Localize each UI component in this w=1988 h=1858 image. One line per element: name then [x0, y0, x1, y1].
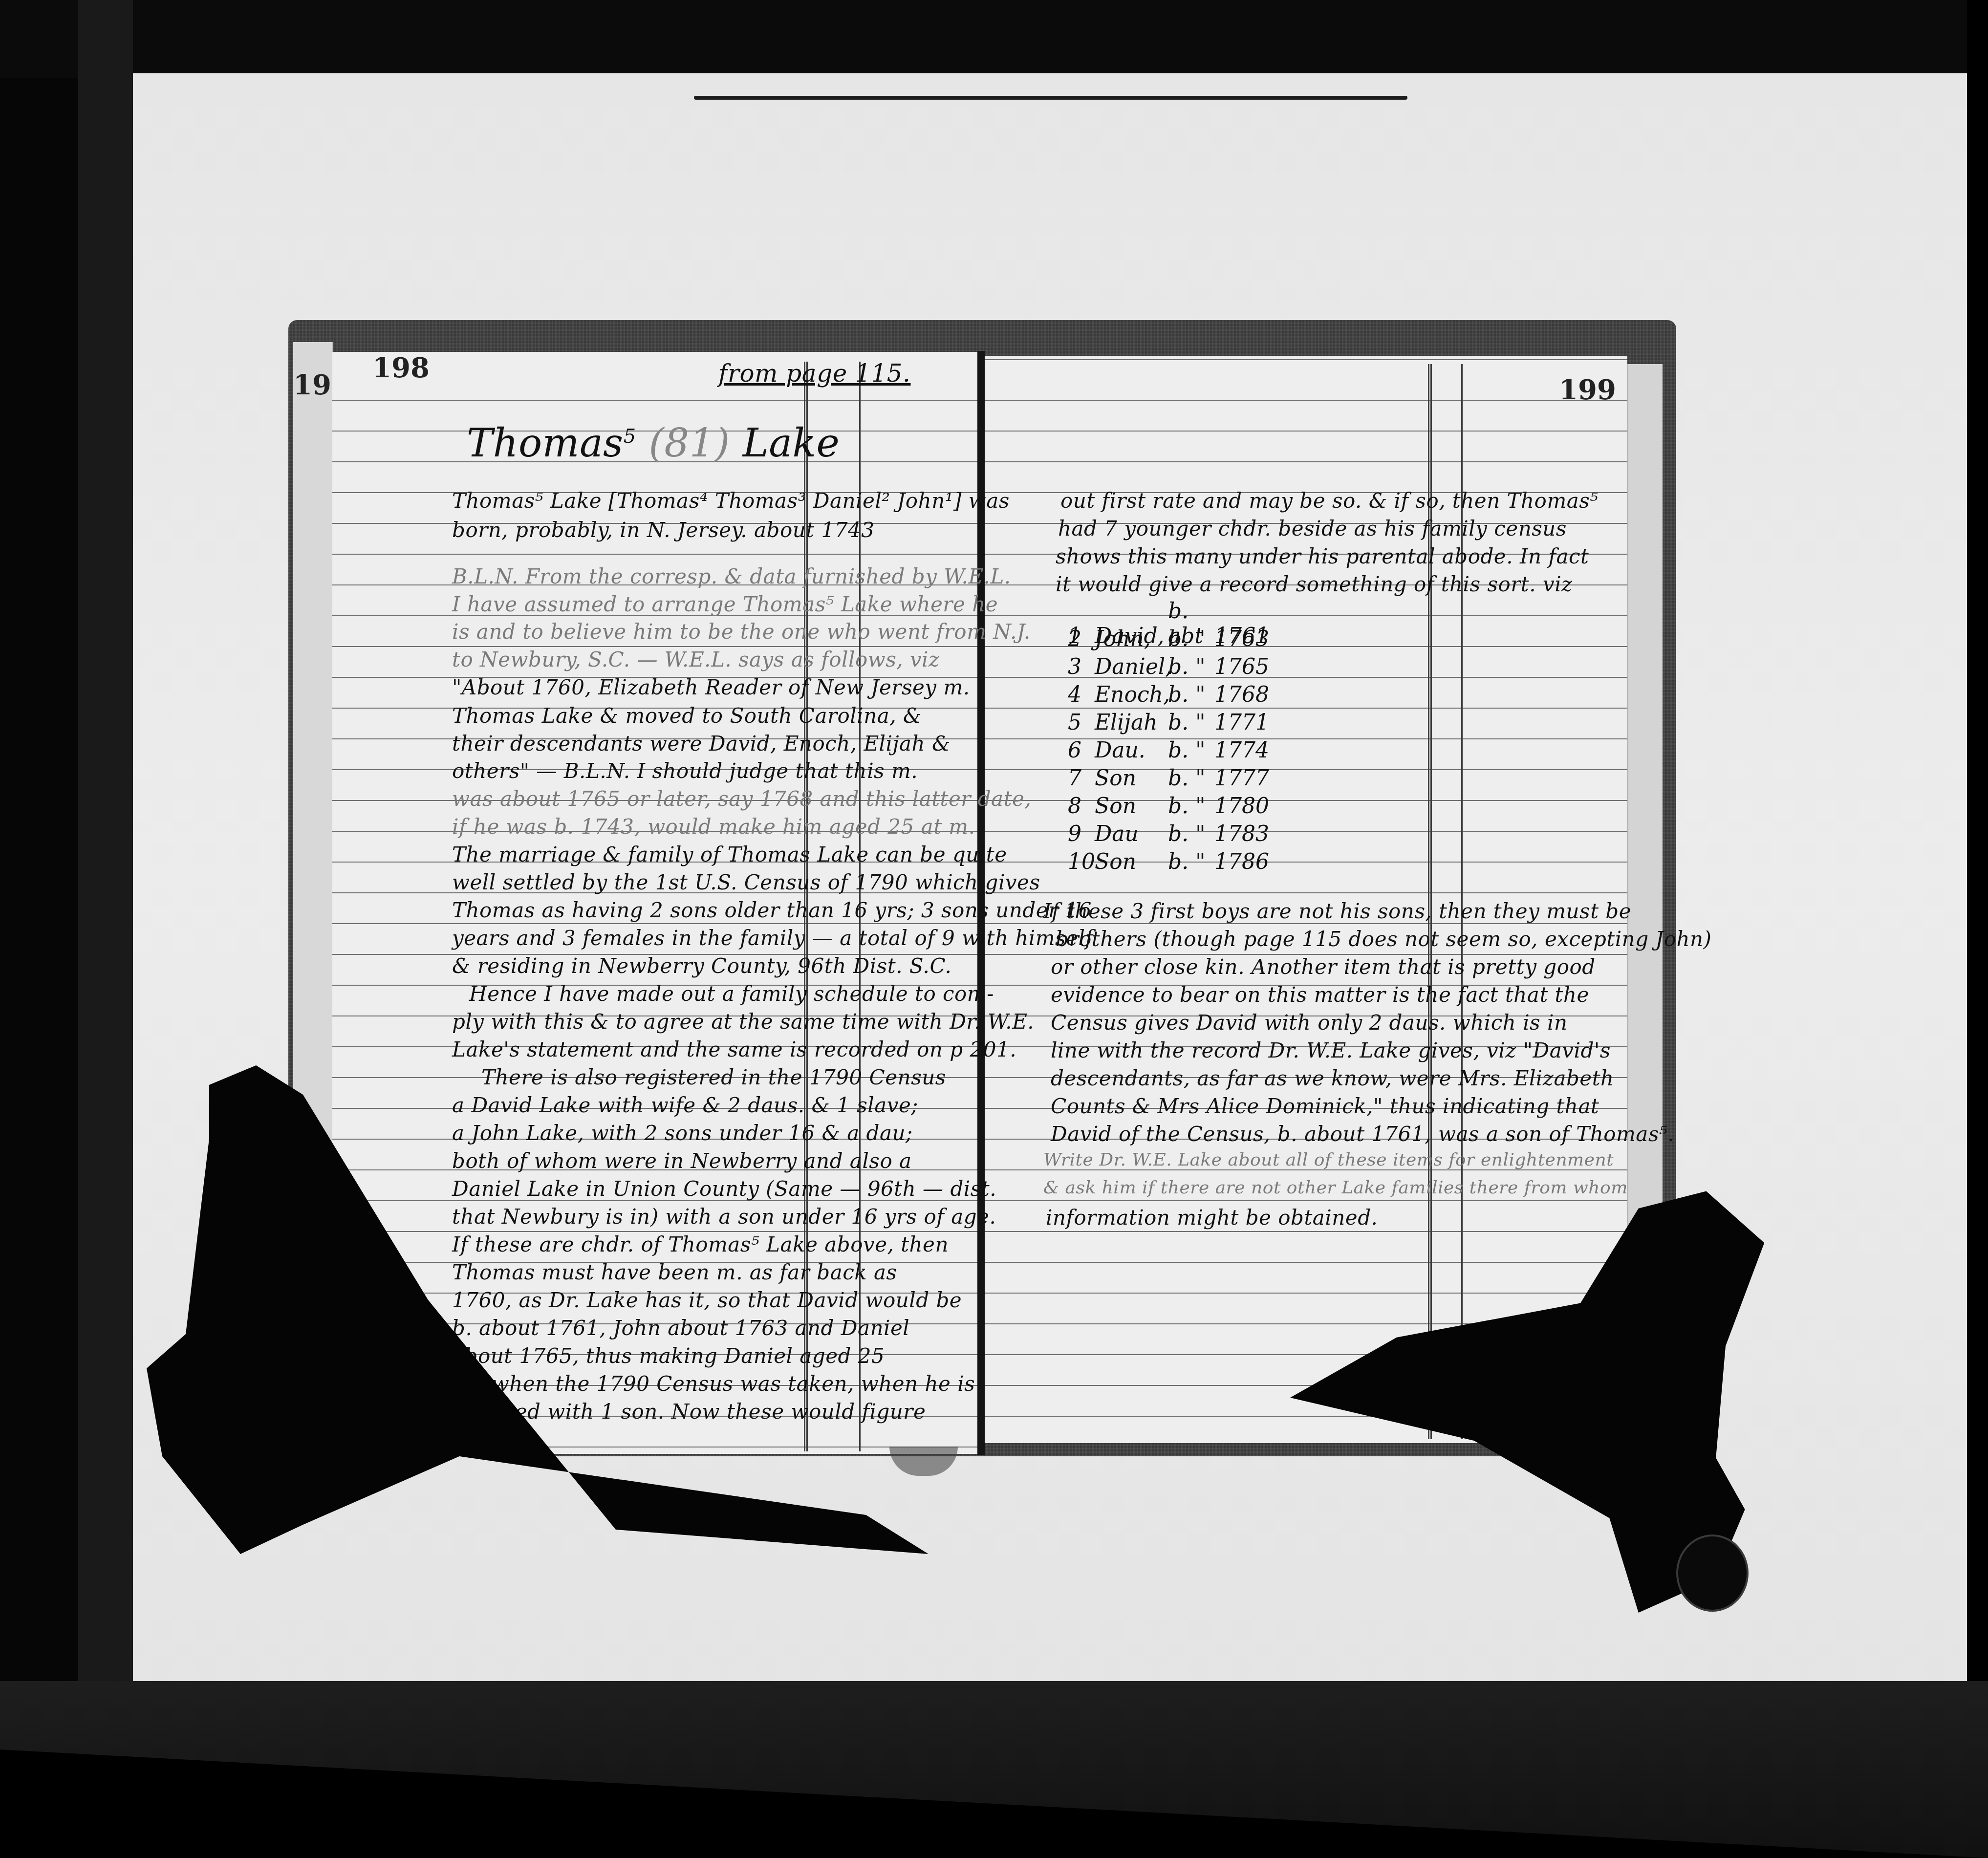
film-border-top: [0, 0, 1988, 78]
child-row: 7Sonb. "1777: [1068, 766, 1269, 791]
text-line: shows this many under his parental abode…: [1056, 544, 1589, 568]
text-line: their descendants were David, Enoch, Eli…: [452, 732, 951, 756]
text-line: b. about 1761, John about 1763 and Danie…: [452, 1316, 909, 1340]
text-line: line with the record Dr. W.E. Lake gives…: [1051, 1038, 1611, 1062]
child-row: 5Elijahb. "1771: [1068, 710, 1269, 735]
frame-rule-top: [694, 96, 1407, 100]
heading-first-name: Thomas: [467, 420, 624, 466]
heading-ref-number: (81): [649, 420, 730, 466]
child-row: 6Dau.b. "1774: [1068, 738, 1269, 763]
film-border-left: [78, 0, 133, 1858]
text-line: born, probably, in N. Jersey. about 1743: [452, 518, 874, 542]
text-line: brothers (though page 115 does not seem …: [1056, 927, 1711, 951]
text-line: that Newbury is in) with a son under 16 …: [452, 1205, 996, 1229]
child-row: 3Daniel,b. "1765: [1068, 654, 1269, 679]
stub-page-number: 19: [293, 369, 331, 401]
text-line: a John Lake, with 2 sons under 16 & a da…: [452, 1121, 913, 1145]
heading-generation: 5: [624, 425, 636, 448]
text-line: "About 1760, Elizabeth Reader of New Jer…: [452, 675, 970, 699]
text-line: If these 3 first boys are not his sons, …: [1043, 899, 1631, 923]
text-line: Daniel Lake in Union County (Same — 96th…: [452, 1177, 996, 1201]
text-line: if he was b. 1743, would make him aged 2…: [452, 815, 975, 839]
text-line: others" — B.L.N. I should judge that thi…: [452, 759, 918, 783]
text-line: both of whom were in Newberry and also a: [452, 1149, 912, 1173]
text-line: If these are chdr. of Thomas⁵ Lake above…: [452, 1232, 949, 1256]
text-line: Thomas as having 2 sons older than 16 yr…: [452, 898, 1092, 922]
text-line: was about 1765 or later, say 1768 and th…: [452, 787, 1031, 811]
text-line: evidence to bear on this matter is the f…: [1051, 983, 1589, 1007]
text-line: information might be obtained.: [1046, 1206, 1378, 1230]
text-line: There is also registered in the 1790 Cen…: [481, 1065, 946, 1089]
text-line: years and 3 females in the family — a to…: [452, 926, 1093, 950]
text-line: to Newbury, S.C. — W.E.L. says as follow…: [452, 648, 940, 671]
text-line: ply with this & to agree at the same tim…: [452, 1010, 1034, 1034]
text-line: Hence I have made out a family schedule …: [469, 982, 994, 1006]
child-row: 4Enoch,b. "1768: [1068, 682, 1269, 707]
text-line: Census gives David with only 2 daus. whi…: [1051, 1011, 1567, 1035]
text-line: yrs when the 1790 Census was taken, when…: [452, 1372, 975, 1396]
text-line: Thomas⁵ Lake [Thomas⁴ Thomas³ Daniel² Jo…: [452, 489, 1010, 513]
text-line: well settled by the 1st U.S. Census of 1…: [452, 870, 1040, 894]
heading-last-name: Lake: [743, 420, 840, 466]
text-line: Thomas Lake & moved to South Carolina, &: [452, 704, 922, 728]
text-line: & residing in Newberry County, 96th Dist…: [452, 954, 951, 978]
cross-reference-note: from page 115.: [718, 359, 910, 388]
text-line: Thomas must have been m. as far back as: [452, 1260, 897, 1284]
text-line: I have assumed to arrange Thomas⁵ Lake w…: [452, 592, 998, 616]
right-page-number: 199: [1559, 374, 1616, 406]
text-line: had 7 younger chdr. beside as his family…: [1058, 517, 1567, 540]
text-line: a David Lake with wife & 2 daus. & 1 sla…: [452, 1093, 918, 1117]
frame-rule-bottom: [772, 1686, 1363, 1689]
left-page-number: 198: [372, 352, 430, 384]
text-line: David of the Census, b. about 1761, was …: [1051, 1122, 1674, 1146]
child-row: 8Sonb. "1780: [1068, 794, 1269, 819]
child-row: 2John,b. "1763: [1068, 627, 1269, 651]
text-line: & ask him if there are not other Lake fa…: [1043, 1178, 1628, 1198]
text-line: B.L.N. From the corresp. & data furnishe…: [452, 564, 1011, 588]
text-line: The marriage & family of Thomas Lake can…: [452, 843, 1007, 866]
text-line: Lake's statement and the same is recorde…: [452, 1037, 1016, 1061]
child-row: 9Daub. "1783: [1068, 821, 1269, 846]
text-line: it would give a record something of this…: [1056, 572, 1573, 596]
entry-heading: Thomas5 (81) Lake: [467, 420, 840, 466]
text-line: Write Dr. W.E. Lake about all of these i…: [1043, 1150, 1614, 1170]
book-weight-knob: [1676, 1534, 1749, 1612]
film-border-right: [1967, 0, 1988, 1858]
text-line: Counts & Mrs Alice Dominick," thus indic…: [1051, 1094, 1599, 1118]
text-line: is and to believe him to be the one who …: [452, 620, 1031, 644]
text-line: descendants, as far as we know, were Mrs…: [1051, 1066, 1614, 1090]
text-line: or other close kin. Another item that is…: [1051, 955, 1596, 979]
text-line: about 1765, thus making Daniel aged 25: [452, 1344, 885, 1368]
child-row: 10Sonb. "1786: [1068, 849, 1269, 874]
text-line: out first rate and may be so. & if so, t…: [1060, 489, 1599, 513]
text-line: 1760, as Dr. Lake has it, so that David …: [452, 1288, 962, 1312]
